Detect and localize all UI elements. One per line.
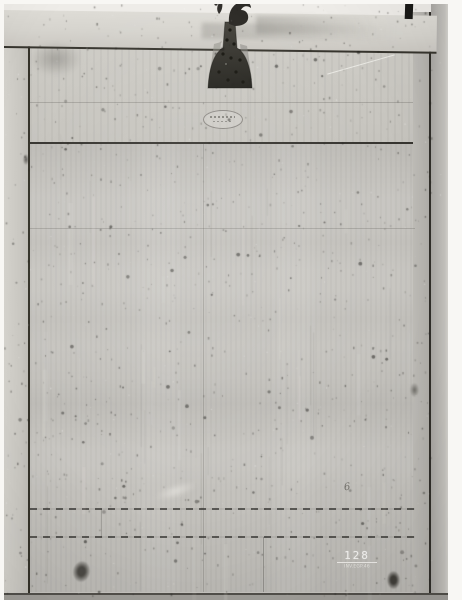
hanging-bracket-icon — [196, 4, 264, 102]
dark-stain — [256, 16, 376, 34]
oval-stamp — [203, 110, 243, 129]
panel-seam-horizontal — [30, 508, 415, 510]
photograph: 128 INV.EGP.46 6 — [4, 4, 448, 600]
frame-rail-bottom — [4, 593, 448, 600]
dark-mark-top-right — [405, 4, 414, 19]
inventory-inscription: INV.EGP.46 — [340, 564, 374, 568]
stain-blob — [410, 383, 419, 397]
photo-page: 128 INV.EGP.46 6 — [0, 0, 462, 600]
stain-blob — [23, 154, 29, 165]
stain-blob — [387, 571, 400, 589]
inventory-number: 128 — [337, 550, 377, 563]
panel-back — [30, 144, 415, 592]
panel-seam-horizontal — [30, 536, 415, 538]
frame-rail-left — [4, 12, 30, 600]
panel-seam-vertical — [203, 144, 204, 592]
batten-seam — [30, 102, 415, 103]
handwritten-mark: 6 — [343, 482, 351, 494]
panel-seam-vertical — [263, 537, 264, 592]
panel-right-edge-shadow — [431, 4, 448, 600]
dark-stain — [30, 42, 82, 76]
panel-seam-horizontal — [30, 228, 415, 229]
panel-seam-vertical — [101, 509, 102, 537]
frame-rail-right — [413, 12, 431, 600]
